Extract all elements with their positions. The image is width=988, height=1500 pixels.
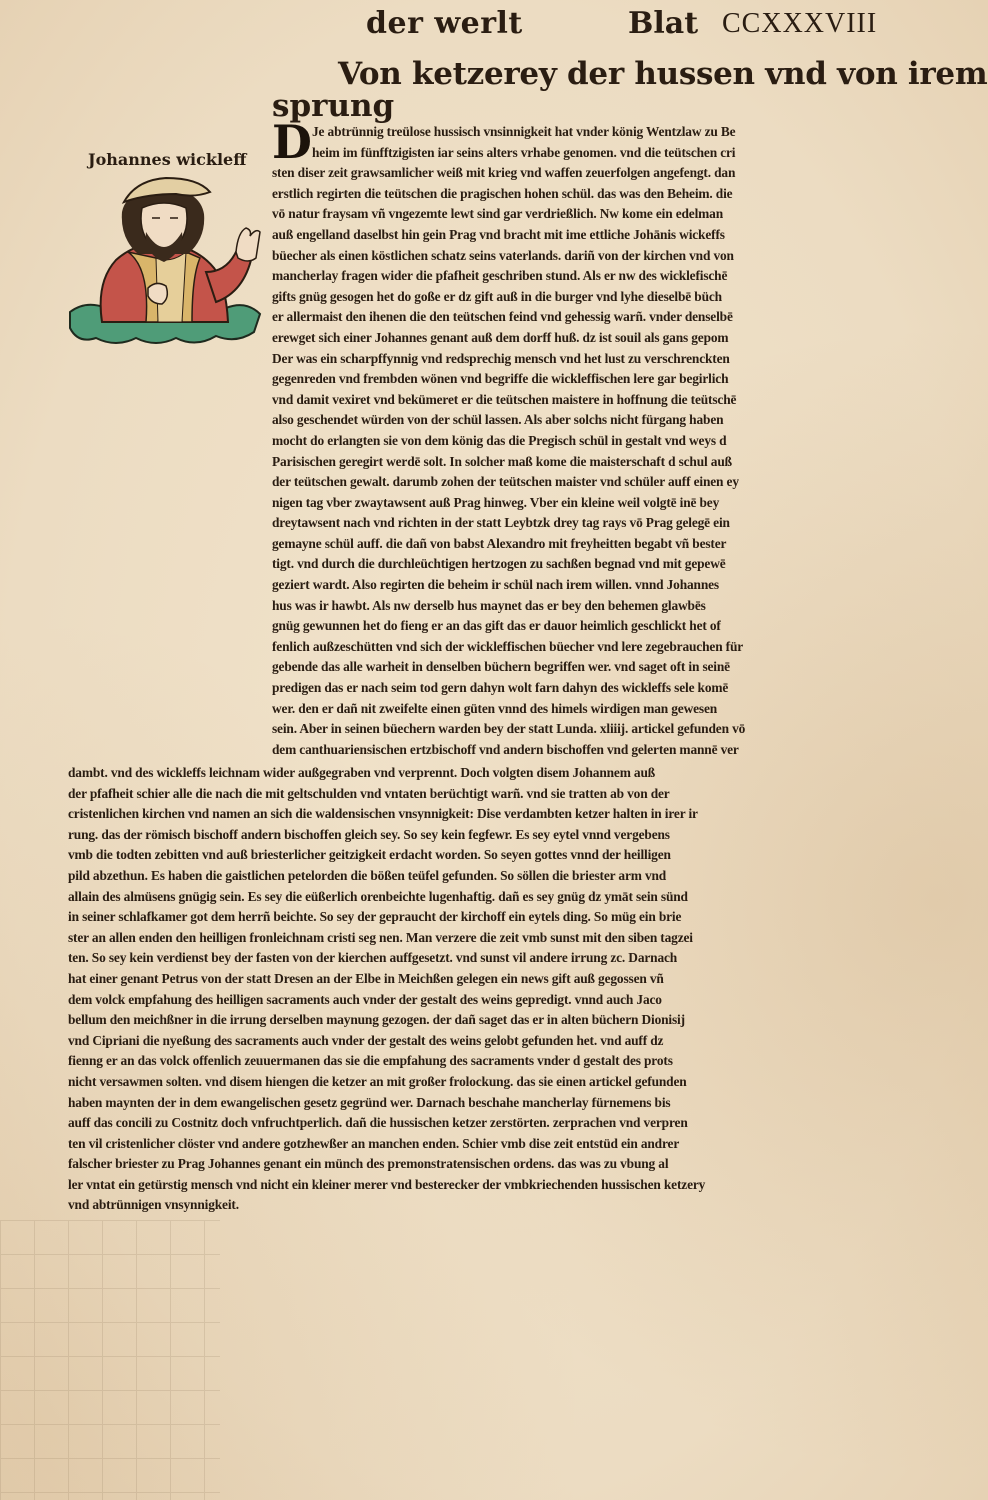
text-line: dreytawsent nach vnd richten in der stat… — [272, 513, 908, 534]
text-line: sein. Aber in seinen büechern warden bey… — [272, 719, 908, 740]
text-line: erewget sich einer Johannes genant auß d… — [272, 328, 908, 349]
text-line: predigen das er nach seim tod gern dahyn… — [272, 678, 908, 699]
text-line: gnüg gewunnen het do fieng er an das gif… — [272, 616, 908, 637]
text-line: falscher briester zu Prag Johannes genan… — [68, 1154, 908, 1175]
text-line: auß engelland daselbst hin gein Prag vnd… — [272, 225, 908, 246]
body-text-full-width: dambt. vnd des wickleffs leichnam wider … — [68, 763, 908, 1216]
text-line: pild abzethun. Es haben die gaistlichen … — [68, 866, 908, 887]
text-line: bellum den meichßner in die irrung derse… — [68, 1010, 908, 1031]
text-line: allain des almüsens gnügig sein. Es sey … — [68, 887, 908, 908]
text-line: ster an allen enden den heilligen fronle… — [68, 928, 908, 949]
text-line: nigen tag vber zwaytawsent auß Prag hinw… — [272, 493, 908, 514]
text-line: erstlich regirten die teütschen die prag… — [272, 184, 908, 205]
text-line: cristenlichen kirchen vnd namen an sich … — [68, 804, 908, 825]
text-line: gegenreden vnd frembden wönen vnd begrif… — [272, 369, 908, 390]
text-line: dem volck empfahung des heilligen sacram… — [68, 990, 908, 1011]
text-line: gebende das alle warheit in denselben bü… — [272, 657, 908, 678]
text-line: dambt. vnd des wickleffs leichnam wider … — [68, 763, 908, 784]
folio-number: CCXXXVIII — [722, 8, 877, 40]
folio-label: Blat — [628, 6, 698, 41]
text-line: in seiner schlafkamer got dem herrñ beic… — [68, 907, 908, 928]
text-line: büecher als einen köstlichen schatz sein… — [272, 246, 908, 267]
text-line: vnd abtrünnigen vnsynnigkeit. — [68, 1195, 908, 1216]
text-line: fienng er an das volck offenlich zeuuerm… — [68, 1051, 908, 1072]
text-line: rung. das der römisch bischoff andern bi… — [68, 825, 908, 846]
text-line: auff das concili zu Costnitz doch vnfruc… — [68, 1113, 908, 1134]
text-line: wer. den er dañ nit zweifelte einen güte… — [272, 699, 908, 720]
text-line: sten diser zeit grawsamlicher weiß mit k… — [272, 163, 908, 184]
text-line: haben maynten der in dem ewangelischen g… — [68, 1093, 908, 1114]
text-line: nicht versawmen solten. vnd disem hienge… — [68, 1072, 908, 1093]
portrait-caption: Johannes wickleff — [88, 150, 246, 169]
text-line: hat einer genant Petrus von der statt Dr… — [68, 969, 908, 990]
text-line: vnd Cipriani die nyeßung des sacraments … — [68, 1031, 908, 1052]
text-line: Der was ein scharpffynnig vnd redsprechi… — [272, 349, 908, 370]
text-line: ten. So sey kein verdienst bey der faste… — [68, 948, 908, 969]
text-line: also geschendet würden von der schül las… — [272, 410, 908, 431]
book-page: der werlt Blat CCXXXVIII Von ketzerey de… — [0, 0, 988, 1500]
chapter-title: Von ketzerey der hussen vnd von irem vr — [338, 56, 988, 92]
text-line: ler vntat ein getürstig mensch vnd nicht… — [68, 1175, 908, 1196]
text-line: heim im fünfftzigisten iar seins alters … — [272, 143, 908, 164]
text-line: ten vil cristenlicher clöster vnd andere… — [68, 1134, 908, 1155]
text-line: vō natur fraysam vñ vngezemte lewt sind … — [272, 204, 908, 225]
body-text-right-column: Je abtrünnig treülose hussisch vnsinnigk… — [272, 122, 908, 760]
text-line: Parisischen geregirt werdē solt. In solc… — [272, 452, 908, 473]
text-line: gemayne schül auff. die dañ von babst Al… — [272, 534, 908, 555]
text-line: tigt. vnd durch die durchleüchtigen hert… — [272, 554, 908, 575]
text-line: fenlich außzeschütten vnd sich der wickl… — [272, 637, 908, 658]
text-line: geziert wardt. Also regirten die beheim … — [272, 575, 908, 596]
text-line: dem canthuariensischen ertzbischoff vnd … — [272, 740, 908, 761]
text-line: vnd damit vexiret vnd bekümeret er die t… — [272, 390, 908, 411]
woodcut-portrait-icon — [66, 172, 262, 350]
text-line: mancherlay fragen wider die pfafheit ges… — [272, 266, 908, 287]
text-line: der teütschen gewalt. darumb zohen der t… — [272, 472, 908, 493]
text-line: gifts gnüg gesogen het do goße er dz gif… — [272, 287, 908, 308]
text-line: vmb die todten zebitten vnd auß briester… — [68, 845, 908, 866]
text-line: der pfafheit schier alle die nach die mi… — [68, 784, 908, 805]
show-through-grid — [0, 1220, 220, 1500]
text-line: mocht do erlangten sie von dem könig das… — [272, 431, 908, 452]
text-line: hus was ir hawbt. Als nw derselb hus may… — [272, 596, 908, 617]
running-head: der werlt — [366, 6, 523, 41]
text-line: er allermaist den ihenen die den teütsch… — [272, 307, 908, 328]
text-line: Je abtrünnig treülose hussisch vnsinnigk… — [272, 122, 908, 143]
